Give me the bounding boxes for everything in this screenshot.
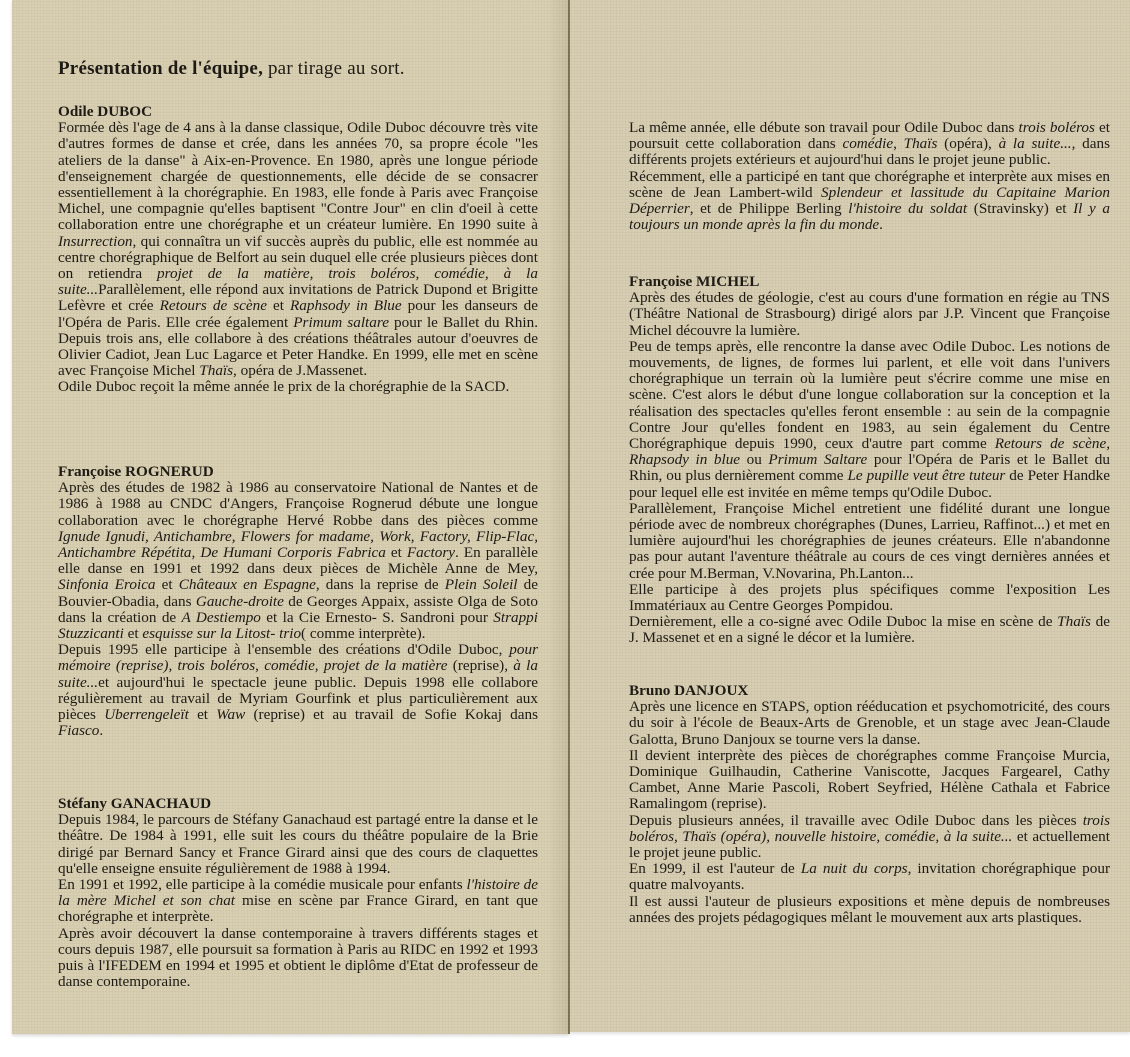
text-run: (reprise) et au travail de Sofie Kokaj d… (245, 706, 538, 723)
text-run: Depuis plusieurs années, il travaille av… (629, 812, 1083, 829)
work-title: Thaïs (904, 135, 938, 152)
work-title: Raphsody in Blue (290, 297, 402, 314)
text-run: Après des études de géologie, c'est au c… (629, 289, 1110, 338)
text-run: Depuis 1984, le parcours de Stéfany Gana… (58, 811, 538, 877)
bio-paragraph: Formée dès l'age de 4 ans à la danse cla… (58, 120, 538, 379)
work-title: Rhapsody in blue (629, 451, 740, 468)
text-run: Odile Duboc reçoit la même année le prix… (58, 378, 509, 395)
bio-paragraph: Dernièrement, elle a co-signé avec Odile… (629, 614, 1110, 646)
text-run: ( comme interprète). (301, 625, 425, 642)
bio-paragraph: Elle participe à des projets plus spécif… (629, 582, 1110, 614)
text-run: Après avoir découvert la danse contempor… (58, 925, 538, 991)
text-run: , dans la reprise de (316, 576, 445, 593)
text-run: et (267, 297, 290, 314)
work-title: l'histoire du soldat (848, 200, 967, 217)
text-run: Il devient interprète des pièces de chor… (629, 747, 1110, 813)
bio-paragraph: Depuis 1995 elle participe à l'ensemble … (58, 642, 538, 739)
bio-text: Après des études de 1982 à 1986 au conse… (58, 480, 538, 739)
text-run: Après des études de 1982 à 1986 au conse… (58, 479, 538, 528)
bio-paragraph: Il devient interprète des pièces de chor… (629, 748, 1110, 813)
text-run: ou (740, 451, 768, 468)
bio-paragraph: Parallèlement, Françoise Michel entretie… (629, 501, 1110, 582)
text-run: et (386, 544, 407, 561)
work-title: à la suite... (999, 135, 1072, 152)
bio-paragraph: Récemment, elle a participé en tant que … (629, 169, 1110, 234)
work-title: Primum Saltare (768, 451, 867, 468)
text-run: , et de Philippe Berling (690, 200, 848, 217)
text-run: et (124, 625, 143, 642)
work-title: Le pupille veut être tuteur (847, 467, 1005, 484)
text-run: et la Cie Ernesto- S. Sandroni pour (261, 609, 493, 626)
work-title: Waw (216, 706, 245, 723)
bio-francoise-michel: Françoise MICHEL Après des études de géo… (629, 274, 1110, 647)
page-title-bold: Présentation de l'équipe, (58, 58, 263, 79)
bio-text: Depuis 1984, le parcours de Stéfany Gana… (58, 812, 538, 990)
work-title: Châteaux en Espagne (179, 576, 316, 593)
text-run: Dernièrement, elle a co-signé avec Odile… (629, 613, 1057, 630)
page-title: Présentation de l'équipe, par tirage au … (58, 58, 405, 80)
work-title: Primum saltare (293, 314, 389, 331)
text-run: , opéra de J.Massenet. (233, 362, 367, 379)
text-run: (opéra), (937, 135, 998, 152)
text-run: Elle participe à des projets plus spécif… (629, 581, 1110, 614)
bio-name: Françoise MICHEL (629, 274, 1110, 290)
bio-paragraph: Il est aussi l'auteur de plusieurs expos… (629, 894, 1110, 926)
text-run: et (189, 706, 216, 723)
text-run: En 1999, il est l'auteur de (629, 860, 801, 877)
bio-ganachaud-continued: La même année, elle débute son travail p… (629, 120, 1110, 233)
bio-text: Formée dès l'age de 4 ans à la danse cla… (58, 120, 538, 395)
text-run: (reprise), (447, 657, 513, 674)
text-run: Il est aussi l'auteur de plusieurs expos… (629, 893, 1110, 926)
work-title: Insurrection (58, 233, 133, 250)
text-run: , (1106, 435, 1110, 452)
work-title: Plein Soleil (445, 576, 518, 593)
text-run: La même année, elle débute son travail p… (629, 119, 1019, 136)
text-run: (Stravinsky) et (967, 200, 1073, 217)
bio-paragraph: Après avoir découvert la danse contempor… (58, 926, 538, 991)
text-run: En 1991 et 1992, elle participe à la com… (58, 876, 467, 893)
text-run: Formée dès l'age de 4 ans à la danse cla… (58, 119, 538, 233)
work-title: Gauche-droite (196, 593, 284, 610)
bio-paragraph: En 1999, il est l'auteur de La nuit du c… (629, 861, 1110, 893)
bio-text: La même année, elle débute son travail p… (629, 120, 1110, 233)
bio-name: Bruno DANJOUX (629, 683, 1110, 699)
bio-paragraph: Odile Duboc reçoit la même année le prix… (58, 379, 538, 395)
work-title: trois boléros (1019, 119, 1095, 136)
work-title: comédie (842, 135, 893, 152)
bio-name: Françoise ROGNERUD (58, 464, 538, 480)
work-title: esquisse sur la Litost- trio (142, 625, 301, 642)
page-crease-shadow (548, 0, 568, 1034)
text-run: Parallèlement, Françoise Michel entretie… (629, 500, 1110, 582)
bio-odile-duboc: Odile DUBOC Formée dès l'age de 4 ans à … (58, 104, 538, 396)
work-title: Retours de scène (160, 297, 267, 314)
page-title-rest: par tirage au sort. (263, 58, 405, 79)
work-title: La nuit du corps (801, 860, 908, 877)
bio-paragraph: Après une licence en STAPS, option réédu… (629, 699, 1110, 748)
work-title: Thaïs (199, 362, 233, 379)
work-title: Sinfonia Eroica (58, 576, 156, 593)
text-run: . (99, 722, 103, 739)
bio-francoise-rognerud: Françoise ROGNERUD Après des études de 1… (58, 464, 538, 739)
work-title: Factory (407, 544, 455, 561)
work-title: Thaïs (1057, 613, 1091, 630)
bio-paragraph: La même année, elle débute son travail p… (629, 120, 1110, 169)
bio-paragraph: Depuis 1984, le parcours de Stéfany Gana… (58, 812, 538, 877)
work-title: Uberrengeleït (104, 706, 189, 723)
text-run: et (156, 576, 179, 593)
bio-paragraph: Après des études de géologie, c'est au c… (629, 290, 1110, 339)
bio-paragraph: Après des études de 1982 à 1986 au conse… (58, 480, 538, 642)
work-title: Retours de scène (995, 435, 1106, 452)
text-run: , (893, 135, 904, 152)
work-title: A Destiempo (182, 609, 261, 626)
bio-name: Stéfany GANACHAUD (58, 796, 538, 812)
bio-bruno-danjoux: Bruno DANJOUX Après une licence en STAPS… (629, 683, 1110, 926)
bio-text: Après une licence en STAPS, option réédu… (629, 699, 1110, 926)
bio-paragraph: Peu de temps après, elle rencontre la da… (629, 339, 1110, 501)
bio-stefany-ganachaud: Stéfany GANACHAUD Depuis 1984, le parcou… (58, 796, 538, 990)
text-run: Après une licence en STAPS, option réédu… (629, 698, 1110, 747)
work-title: Fiasco (58, 722, 99, 739)
text-run: . (879, 216, 883, 233)
text-run: Depuis 1995 elle participe à l'ensemble … (58, 641, 509, 658)
bio-paragraph: En 1991 et 1992, elle participe à la com… (58, 877, 538, 926)
bio-name: Odile DUBOC (58, 104, 538, 120)
bio-text: Après des études de géologie, c'est au c… (629, 290, 1110, 646)
page-gutter (568, 0, 570, 1034)
bio-paragraph: Depuis plusieurs années, il travaille av… (629, 813, 1110, 862)
